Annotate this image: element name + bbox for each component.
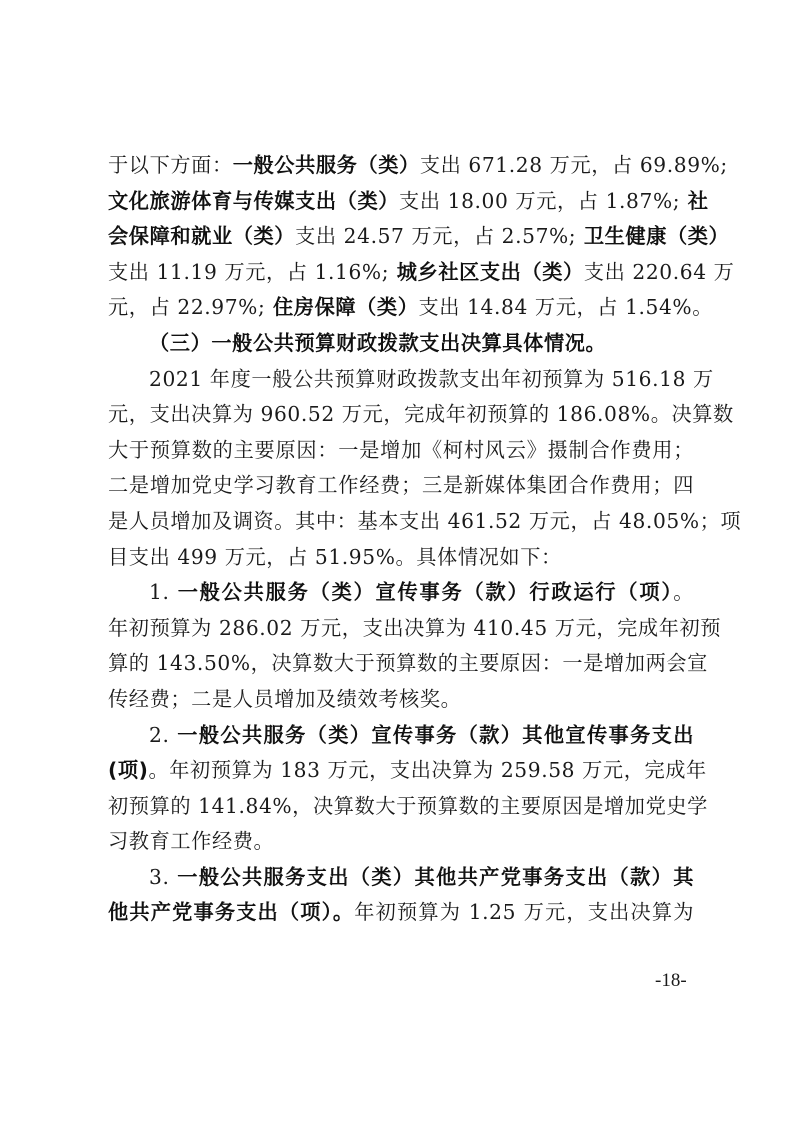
text-segment: 元，支出决算为 960.52 万元，完成年初预算的 186.08%。决算数: [108, 402, 734, 426]
bold-text-segment: 一般公共服务支出（类）其他共产党事务支出（款）其: [177, 865, 694, 889]
bold-text-segment: （三）一般公共预算财政拨款支出决算具体情况。: [149, 331, 606, 355]
bold-text-segment: 一般公共服务（类）: [233, 153, 420, 177]
text-segment: 年初预算为 286.02 万元，支出决算为 410.45 万元，完成年初预: [108, 616, 721, 640]
text-segment: 元，占 22.97%;: [108, 295, 265, 319]
text-segment: 目支出 499 万元，占 51.95%。具体情况如下：: [108, 545, 562, 569]
text-segment: 算的 143.50%，决算数大于预算数的主要原因：一是增加两会宣: [108, 651, 708, 675]
text-segment: 习教育工作经费。: [108, 829, 274, 853]
text-segment: 2021 年度一般公共预算财政拨款支出年初预算为 516.18 万: [149, 367, 714, 391]
text-line: 习教育工作经费。: [108, 824, 694, 860]
text-line: 3. 一般公共服务支出（类）其他共产党事务支出（款）其: [108, 860, 694, 896]
text-segment: 2.: [149, 723, 177, 747]
text-segment: 支出 18.00 万元，占 1.87%;: [399, 189, 680, 213]
text-segment: 。: [673, 580, 694, 604]
text-segment: 大于预算数的主要原因：一是增加《柯村风云》摄制合作费用；: [108, 438, 694, 462]
text-line: 大于预算数的主要原因：一是增加《柯村风云》摄制合作费用；: [108, 433, 694, 469]
text-line: 算的 143.50%，决算数大于预算数的主要原因：一是增加两会宣: [108, 646, 694, 682]
bold-text-segment: 文化旅游体育与传媒支出（类）: [108, 189, 399, 213]
text-line: 2. 一般公共服务（类）宣传事务（款）其他宣传事务支出: [108, 718, 694, 754]
text-segment: 支出 24.57 万元，占 2.57%;: [295, 224, 576, 248]
text-line: 是人员增加及调资。其中：基本支出 461.52 万元，占 48.05%；项: [108, 504, 694, 540]
bold-text-segment: 一般公共服务（类）宣传事务（款）其他宣传事务支出: [177, 723, 694, 747]
text-line: 于以下方面：一般公共服务（类）支出 671.28 万元，占 69.89%;: [108, 148, 694, 184]
text-segment: 支出 220.64 万: [584, 260, 735, 284]
text-segment: 初预算的 141.84%，决算数大于预算数的主要原因是增加党史学: [108, 794, 708, 818]
text-line: 目支出 499 万元，占 51.95%。具体情况如下：: [108, 540, 694, 576]
text-line: 文化旅游体育与传媒支出（类）支出 18.00 万元，占 1.87%; 社: [108, 184, 694, 220]
text-segment: 于以下方面：: [108, 153, 233, 177]
text-segment: 1.: [149, 580, 178, 604]
text-segment: 是人员增加及调资。其中：基本支出 461.52 万元，占 48.05%；项: [108, 509, 741, 533]
text-line: 2021 年度一般公共预算财政拨款支出年初预算为 516.18 万: [108, 362, 694, 398]
text-segment: 传经费；二是人员增加及绩效考核奖。: [108, 687, 461, 711]
text-segment: 支出 11.19 万元，占 1.16%;: [108, 260, 389, 284]
bold-text-segment: 会保障和就业（类）: [108, 224, 295, 248]
text-line: 二是增加党史学习教育工作经费；三是新媒体集团合作费用；四: [108, 468, 694, 504]
text-line: 他共产党事务支出（项）。年初预算为 1.25 万元，支出决算为: [108, 895, 694, 931]
document-body: 于以下方面：一般公共服务（类）支出 671.28 万元，占 69.89%;文化旅…: [108, 148, 694, 931]
text-line: （三）一般公共预算财政拨款支出决算具体情况。: [108, 326, 694, 362]
text-line: 年初预算为 286.02 万元，支出决算为 410.45 万元，完成年初预: [108, 611, 694, 647]
text-line: 会保障和就业（类）支出 24.57 万元，占 2.57%; 卫生健康（类）: [108, 219, 694, 255]
page-number: -18-: [655, 970, 687, 992]
bold-text-segment: 他共产党事务支出（项）。: [108, 900, 354, 924]
bold-text-segment: 卫生健康（类）: [576, 224, 729, 248]
text-segment: 3.: [149, 865, 177, 889]
text-segment: 。年初预算为 183 万元，支出决算为 259.58 万元，完成年: [148, 758, 706, 782]
bold-text-segment: 一般公共服务（类）宣传事务（款）行政运行（项）: [178, 580, 674, 604]
text-segment: 支出 14.84 万元，占 1.54%。: [419, 295, 714, 319]
text-line: 1. 一般公共服务（类）宣传事务（款）行政运行（项）。: [108, 575, 694, 611]
bold-text-segment: 城乡社区支出（类）: [389, 260, 584, 284]
text-line: 初预算的 141.84%，决算数大于预算数的主要原因是增加党史学: [108, 789, 694, 825]
bold-text-segment: 社: [680, 189, 708, 213]
text-line: 元，占 22.97%; 住房保障（类）支出 14.84 万元，占 1.54%。: [108, 290, 694, 326]
text-line: 元，支出决算为 960.52 万元，完成年初预算的 186.08%。决算数: [108, 397, 694, 433]
bold-text-segment: (项): [108, 758, 148, 782]
text-line: (项)。年初预算为 183 万元，支出决算为 259.58 万元，完成年: [108, 753, 694, 789]
text-line: 传经费；二是人员增加及绩效考核奖。: [108, 682, 694, 718]
bold-text-segment: 住房保障（类）: [265, 295, 418, 319]
text-segment: 年初预算为 1.25 万元，支出决算为: [354, 900, 694, 924]
text-segment: 支出 671.28 万元，占 69.89%;: [420, 153, 728, 177]
text-line: 支出 11.19 万元，占 1.16%; 城乡社区支出（类）支出 220.64 …: [108, 255, 694, 291]
text-segment: 二是增加党史学习教育工作经费；三是新媒体集团合作费用；四: [108, 473, 694, 497]
